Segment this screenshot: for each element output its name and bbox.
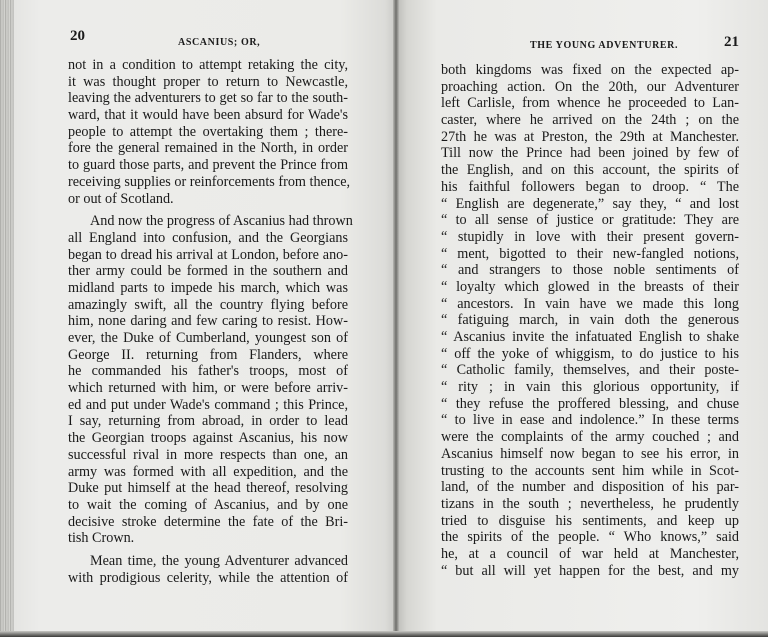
- text-line: people to attempt the overtaking them ; …: [68, 124, 348, 141]
- running-head-right: THE YOUNG ADVENTURER.: [530, 40, 678, 51]
- text-line: decisive stroke determine the fate of th…: [68, 514, 348, 531]
- text-line: or out of Scotland.: [68, 191, 348, 208]
- text-line: “ ment, bigotted to their new-fangled no…: [441, 246, 739, 263]
- text-line: And now the progress of Ascanius had thr…: [68, 213, 348, 230]
- text-line: to wait the coming of Ascanius, and by o…: [68, 497, 348, 514]
- text-line: “ and strangers to those noble sentiment…: [441, 262, 739, 279]
- text-line: “ rity ; in vain this glorious opportuni…: [441, 379, 739, 396]
- text-line: tish Crown.: [68, 530, 348, 547]
- running-head-left: ASCANIUS; OR,: [178, 37, 260, 48]
- text-line: all England into confusion, and the Geor…: [68, 230, 348, 247]
- right-page: THE YOUNG ADVENTURER. 21 both kingdoms w…: [397, 0, 768, 637]
- page-number-right: 21: [724, 34, 739, 51]
- text-line: successful rival in more respects than o…: [68, 447, 348, 464]
- text-line: “ to live in ease and indolence.” In the…: [441, 412, 739, 429]
- text-line: ever, the Duke of Cumberland, youngest s…: [68, 330, 348, 347]
- text-line: “ off the yoke of whiggism, to do justic…: [441, 346, 739, 363]
- page-bottom-edge: [0, 631, 768, 637]
- text-line: “ loyalty which glowed in the breasts of…: [441, 279, 739, 296]
- text-line: he, at a council of war held at Manchest…: [441, 546, 739, 563]
- text-line: tizans in the south ; nevertheless, he p…: [441, 496, 739, 513]
- text-line: were the complaints of the army couched …: [441, 429, 739, 446]
- text-line: to guard those parts, and prevent the Pr…: [68, 157, 348, 174]
- text-line: “ but all will yet happen for the best, …: [441, 563, 739, 580]
- left-page: 20 ASCANIUS; OR, not in a condition to a…: [0, 0, 397, 637]
- text-line: “ to all sense of justice or gratitude: …: [441, 212, 739, 229]
- text-line: left Carlisle, from whence he proceeded …: [441, 95, 739, 112]
- text-line: amazingly swift, all the country flying …: [68, 297, 348, 314]
- text-line: proaching action. On the 20th, our Adven…: [441, 79, 739, 96]
- text-line: receiving supplies or reinforcements fro…: [68, 174, 348, 191]
- page-edges: [0, 0, 14, 637]
- text-line: tried to disguise his sentiments, and ke…: [441, 513, 739, 530]
- text-line: “ they refuse the proffered blessing, an…: [441, 396, 739, 413]
- left-page-text: not in a condition to attempt retaking t…: [68, 57, 348, 586]
- text-line: caster, where he arrived on the 24th ; o…: [441, 112, 739, 129]
- text-line: “ Ascanius invite the infatuated English…: [441, 329, 739, 346]
- text-line: 27th he was at Preston, the 29th at Manc…: [441, 129, 739, 146]
- text-line: George II. returning from Flanders, wher…: [68, 347, 348, 364]
- book-gutter: [393, 0, 399, 637]
- text-line: “ stupidly in love with their present go…: [441, 229, 739, 246]
- text-line: ward, that it would have been absurd for…: [68, 107, 348, 124]
- text-line: both kingdoms was fixed on the expected …: [441, 62, 739, 79]
- text-line: the spirits of the people. “ Who knows,”…: [441, 529, 739, 546]
- text-line: which returned with him, or were before …: [68, 380, 348, 397]
- text-line: the English, and on this account, the sp…: [441, 162, 739, 179]
- text-line: “ Catholic family, themselves, and their…: [441, 362, 739, 379]
- text-line: leaving the adventurers to get so far to…: [68, 90, 348, 107]
- text-line: “ English are degenerate,” say they, “ a…: [441, 196, 739, 213]
- text-line: with prodigious celerity, while the atte…: [68, 570, 348, 587]
- text-line: it was thought proper to return to Newca…: [68, 74, 348, 91]
- text-line: fore the general remained in the North, …: [68, 140, 348, 157]
- text-line: him, none daring and few caring to resis…: [68, 313, 348, 330]
- text-line: “ fatiguing march, in vain doth the gene…: [441, 312, 739, 329]
- text-line: Mean time, the young Adventurer advanced: [68, 553, 348, 570]
- page-number-left: 20: [70, 28, 85, 45]
- text-line: began to dread his arrival at London, be…: [68, 247, 348, 264]
- text-line: not in a condition to attempt retaking t…: [68, 57, 348, 74]
- text-line: ed and put under Wade's command ; this P…: [68, 397, 348, 414]
- text-line: land, of the number and disposition of h…: [441, 479, 739, 496]
- text-line: midland parts to impede his march, which…: [68, 280, 348, 297]
- text-line: “ ancestors. In vain have we made this l…: [441, 296, 739, 313]
- text-line: he commanded his father's troops, most o…: [68, 363, 348, 380]
- text-line: trusting to the accounts sent him while …: [441, 463, 739, 480]
- text-line: army was formed with all expedition, and…: [68, 464, 348, 481]
- text-line: the Georgian troops against Ascanius, hi…: [68, 430, 348, 447]
- text-line: his faithful followers began to droop. “…: [441, 179, 739, 196]
- right-page-text: both kingdoms was fixed on the expected …: [441, 62, 739, 579]
- book-spread: 20 ASCANIUS; OR, not in a condition to a…: [0, 0, 768, 637]
- text-line: Till now the Prince had been joined by f…: [441, 145, 739, 162]
- text-line: I say, returning from abroad, in order t…: [68, 413, 348, 430]
- text-line: Duke put himself at the head thereof, re…: [68, 480, 348, 497]
- text-line: Ascanius himself now began to see his er…: [441, 446, 739, 463]
- text-line: ther army could be formed in the souther…: [68, 263, 348, 280]
